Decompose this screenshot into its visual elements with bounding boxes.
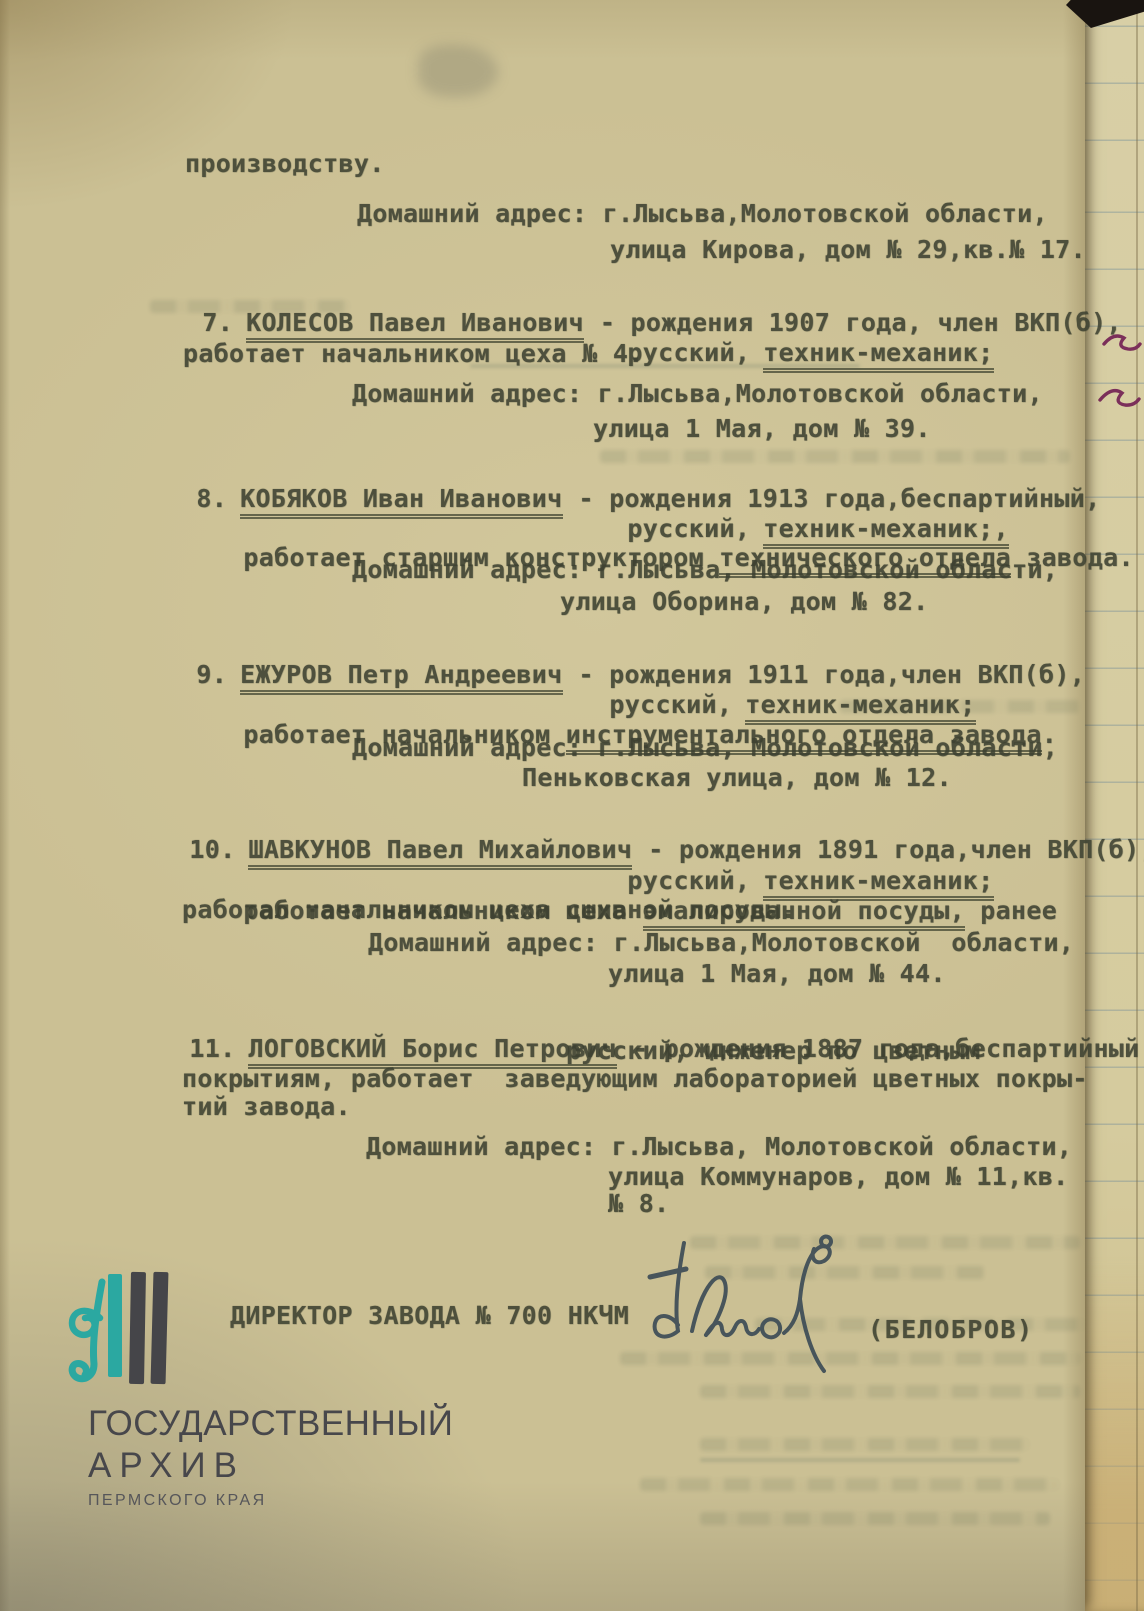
intro-tail-line: производству. [185, 150, 385, 179]
entry-work-line: тий завода. [182, 1093, 351, 1122]
ink-smudge [418, 45, 498, 97]
signer-name: (БЕЛОБРОВ) [868, 1316, 1034, 1345]
entry-number: 9. [196, 660, 227, 689]
address-line: улица Оборина, дом № 82. [560, 588, 928, 617]
ruled-page-margin-line [1136, 0, 1138, 1611]
address-line: Домашний адрес: г.Лысьва, Молотовской об… [352, 734, 1058, 763]
address-line: Пеньковская улица, дом № 12. [522, 764, 952, 793]
bleed-through-line [700, 1438, 1030, 1451]
bleed-through-underline [700, 1458, 1020, 1462]
entry-number: 11. [189, 1034, 235, 1063]
archive-region-label: ПЕРМСКОГО КРАЯ [88, 1492, 267, 1510]
entry-nationality: русский, [627, 338, 750, 367]
address-line: Домашний адрес: г.Лысьва, Молотовской об… [366, 1133, 1072, 1162]
entry-profession-line: русский, инженер по цветным [566, 1037, 980, 1066]
entry-name: КОБЯКОВ Иван Иванович [240, 484, 562, 519]
address-line: улица Коммунаров, дом № 11,кв. [608, 1163, 1069, 1192]
entry-name: КОЛЕСОВ Павел Иванович [246, 308, 584, 343]
archive-logo-glyph [62, 1272, 174, 1394]
entry-number: 10. [189, 835, 235, 864]
archive-name-line2: АРХИВ [88, 1446, 245, 1486]
entry-work-line: работает начальником цеха № 4. [183, 340, 644, 369]
archive-name-line1: ГОСУДАРСТВЕННЫЙ [88, 1404, 453, 1444]
bleed-through-line [640, 1478, 1060, 1491]
entry-profession: техник-механик; [763, 338, 993, 373]
entry-work-line: покрытиям, работает заведующим лаборатор… [182, 1065, 1088, 1094]
address-line: Домашний адрес: г.Лысьва, Молотовской об… [352, 556, 1058, 585]
scanned-document-page: производству. Домашний адрес: г.Лысьва,М… [0, 0, 1144, 1611]
address-line: улица Кирова, дом № 29,кв.№ 17. [610, 236, 1086, 265]
entry-work-line: работал начальником цеха сшивной посуды. [182, 896, 796, 925]
entry-name: ЕЖУРОВ Петр Андреевич [240, 660, 562, 695]
bleed-through-line [700, 1385, 1080, 1398]
signature-ink [622, 1215, 892, 1380]
entry-number: 8. [196, 484, 227, 513]
address-line: улица 1 Мая, дом № 44. [608, 960, 946, 989]
bleed-through-line [700, 1512, 1050, 1525]
underlying-ruled-page-edge [1076, 0, 1144, 1611]
address-line: Домашний адрес: г.Лысьва,Молотовской обл… [352, 380, 1043, 409]
address-line: Домашний адрес: г.Лысьва,Молотовской обл… [357, 200, 1048, 229]
address-line: улица 1 Мая, дом № 39. [593, 415, 931, 444]
entry-number: 7. [202, 308, 233, 337]
director-title: ДИРЕКТОР ЗАВОДА № 700 НКЧМ [230, 1302, 629, 1331]
address-line: Домашний адрес: г.Лысьва,Молотовской обл… [368, 929, 1074, 958]
